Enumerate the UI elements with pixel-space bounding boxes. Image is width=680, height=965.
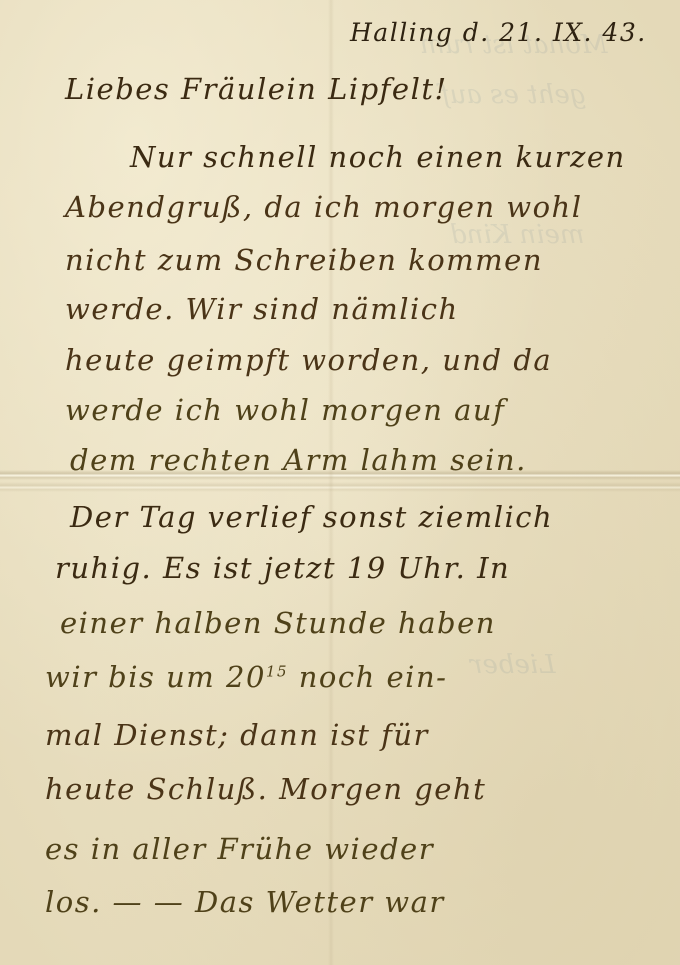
paper-fold-horizontal: [0, 482, 680, 492]
letter-line-4: werde. Wir sind nämlich: [65, 292, 459, 326]
letter-line-8: Der Tag verlief sonst ziemlich: [70, 500, 553, 534]
letter-line-9: ruhig. Es ist jetzt 19 Uhr. In: [55, 551, 510, 585]
letter-line-3: nicht zum Schreiben kommen: [65, 243, 543, 277]
letter-line-13: heute Schluß. Morgen geht: [45, 772, 486, 806]
letter-line-1: Nur schnell noch einen kurzen: [130, 140, 626, 174]
letter-line-12: mal Dienst; dann ist für: [45, 718, 429, 752]
letter-line-11-text: wir bis um 20: [45, 660, 266, 694]
salutation: Liebes Fräulein Lipfelt!: [65, 72, 448, 106]
letter-line-7: dem rechten Arm lahm sein.: [70, 443, 527, 477]
letter-line-2: Abendgruß, da ich morgen wohl: [65, 190, 582, 224]
letter-line-6: werde ich wohl morgen auf: [65, 393, 505, 427]
letter-line-11: wir bis um 2015 noch ein-: [45, 660, 447, 694]
time-superscript: 15: [266, 662, 288, 680]
bleed-through-text: Lieber: [470, 650, 555, 680]
letter-line-11-tail: noch ein-: [288, 660, 447, 694]
letter-line-14: es in aller Frühe wieder: [45, 832, 434, 866]
letter-page: Monat ist rum geht es auf mein Kind Lieb…: [0, 0, 680, 965]
letter-line-10: einer halben Stunde haben: [60, 606, 496, 640]
place-date: Halling d. 21. IX. 43.: [350, 18, 647, 47]
bleed-through-text: geht es auf: [440, 80, 586, 110]
letter-line-5: heute geimpft worden, und da: [65, 343, 552, 377]
letter-line-15: los. — — Das Wetter war: [45, 885, 445, 919]
